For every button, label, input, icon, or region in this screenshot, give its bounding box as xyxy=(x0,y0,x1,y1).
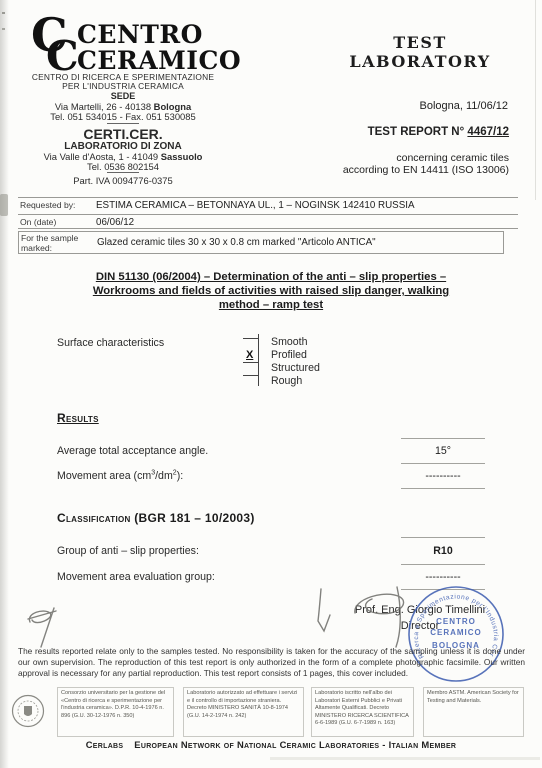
anti-slip-group-value: R10 xyxy=(401,538,485,565)
lab-phone: Tel. 0536 802154 xyxy=(10,161,236,172)
classification-row1-label: Group of anti – slip properties: xyxy=(57,545,199,557)
scan-artifact xyxy=(2,28,5,30)
stamp-center-line2: CERAMICO xyxy=(430,628,482,637)
report-number-line: TEST REPORT N° 4467/12 xyxy=(280,126,509,138)
scan-artifact xyxy=(2,12,5,14)
acceptance-angle-value: 15° xyxy=(401,439,485,464)
consortium-seal-icon xyxy=(8,690,48,732)
test-heading-line2: Workrooms and fields of activities with … xyxy=(45,285,497,297)
table-border xyxy=(18,214,518,215)
checkbox-slot-line xyxy=(243,375,258,376)
cerlabs-line: Cerlabs European Network of National Cer… xyxy=(0,739,542,750)
table-row-label: On (date) xyxy=(20,218,56,228)
signature-check-stroke xyxy=(318,589,330,631)
table-border xyxy=(18,197,518,198)
results-row2-label: Movement area (cm3/dm2): xyxy=(57,470,183,482)
surface-option-rough: Rough xyxy=(271,375,302,388)
org-name-line1: CENTRO xyxy=(77,22,203,47)
table-row-label: For the sample marked: xyxy=(21,234,78,254)
stamp-center-line1: CENTRO xyxy=(436,617,476,626)
results-row1-label: Average total acceptance angle. xyxy=(57,445,208,457)
concerning-line1: concerning ceramic tiles xyxy=(280,152,509,164)
table-row-value: ESTIMA CERAMICA – BETONNAYA UL., 1 – NOG… xyxy=(96,200,415,211)
table-row-value: 06/06/12 xyxy=(96,217,134,228)
label-part: /dm xyxy=(155,470,173,482)
results-value-box: 15° ---------- xyxy=(401,438,485,489)
label-part: Movement area (cm xyxy=(57,470,151,482)
signature-loop xyxy=(355,594,404,614)
sede-label: SEDE xyxy=(10,91,236,101)
checkbox-slot-line xyxy=(243,362,258,363)
divider xyxy=(107,172,139,173)
scan-artifact xyxy=(0,194,8,216)
disclaimer-text: The results reported relate only to the … xyxy=(18,646,525,678)
test-heading-line1: DIN 51130 (06/2004) – Determination of t… xyxy=(45,271,497,283)
certicer-label: CERTI.CER. xyxy=(10,126,236,142)
footer-box-astm: Membro ASTM. American Society for Testin… xyxy=(423,687,524,737)
scan-artifact xyxy=(270,757,540,760)
org-subtitle-2: PER L'INDUSTRIA CERAMICA xyxy=(10,81,236,91)
surface-option-structured: Structured xyxy=(271,362,320,375)
label-line: marked: xyxy=(21,244,78,254)
checkbox-mark-profiled: X xyxy=(246,349,253,361)
surface-option-smooth: Smooth xyxy=(271,336,308,349)
cerlabs-rest: European Network of National Ceramic Lab… xyxy=(134,739,456,750)
surface-characteristics-label: Surface characteristics xyxy=(57,337,164,349)
classification-heading: Classification (BGR 181 – 10/2003) xyxy=(57,511,255,525)
report-label: TEST REPORT N° xyxy=(368,126,465,138)
sede-phone: Tel. 051 534015 - Fax. 051 530085 xyxy=(10,111,236,122)
footer-box-consorzio: Consorzio universitario per la gestione … xyxy=(57,687,174,737)
org-name-line2: CERAMICO xyxy=(77,48,241,73)
sample-marked-box: For the sample marked: Glazed ceramic ti… xyxy=(18,231,504,254)
movement-area-value: ---------- xyxy=(401,464,485,489)
surface-option-profiled: Profiled xyxy=(271,349,307,362)
label-part: ): xyxy=(177,470,183,482)
city-date: Bologna, 11/06/12 xyxy=(300,100,508,112)
test-laboratory-title: TEST LABORATORY xyxy=(320,33,520,71)
checkbox-slot-line xyxy=(243,338,258,339)
concerning-line2: according to EN 14411 (ISO 13006) xyxy=(280,164,509,176)
cerlabs-label: Cerlabs xyxy=(86,739,124,750)
table-row-value: Glazed ceramic tiles 30 x 30 x 0.8 cm ma… xyxy=(97,237,376,248)
table-row-label: Requested by: xyxy=(20,201,75,211)
footer-box-sanita: Laboratorio autorizzato ad effettuare i … xyxy=(183,687,304,737)
piva: Part. IVA 0094776-0375 xyxy=(10,175,236,186)
test-heading-line3: method – ramp test xyxy=(45,299,497,311)
logo-monogram-c2: C xyxy=(46,36,79,77)
results-heading: Results xyxy=(57,411,99,425)
scan-artifact xyxy=(535,0,536,200)
table-border xyxy=(18,228,518,229)
divider xyxy=(107,123,139,124)
scanned-test-report-page: C C CENTRO CERAMICO CENTRO DI RICERCA E … xyxy=(0,0,542,768)
checkbox-divider-line xyxy=(258,334,259,386)
report-number: 4467/12 xyxy=(467,126,509,138)
footer-box-ricerca: Laboratorio iscritto nell'albo dei Labor… xyxy=(311,687,414,737)
